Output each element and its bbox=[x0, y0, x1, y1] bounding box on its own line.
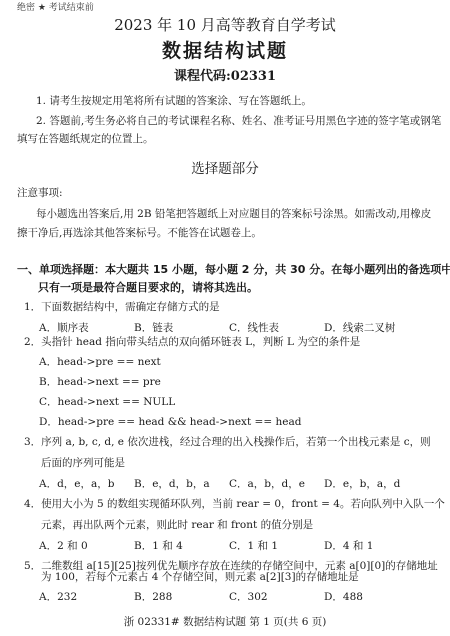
question-2-option-d: D．head->pre == head && head->next == hea… bbox=[39, 414, 301, 429]
exam-title: 2023 年 10 月高等教育自学考试 bbox=[0, 14, 450, 35]
page-footer: 浙 02331# 数据结构试题 第 1 页(共 6 页) bbox=[0, 614, 450, 629]
question-4-option-b: B．1 和 4 bbox=[134, 538, 183, 553]
question-4-stem: 4．使用大小为 5 的数组实现循环队列，当前 rear = 0，front = … bbox=[24, 496, 445, 511]
question-5-option-a: A．232 bbox=[39, 589, 77, 604]
question-1-option-b: B．链表 bbox=[134, 320, 173, 335]
question-5-option-d: D．488 bbox=[324, 589, 363, 604]
question-4-option-d: D．4 和 1 bbox=[324, 538, 373, 553]
course-code: 课程代码:02331 bbox=[0, 65, 450, 84]
question-1-stem: 1．下面数据结构中，需确定存储方式的是 bbox=[24, 299, 220, 314]
question-1-option-d: D．线索二叉树 bbox=[324, 320, 395, 335]
part-heading: 一、单项选择题：本大题共 15 小题，每小题 2 分，共 30 分。在每小题列出… bbox=[17, 261, 450, 277]
attention-text-2: 擦干净后,再选涂其他答案标号。不能答在试题卷上。 bbox=[17, 225, 262, 240]
instruction-2-cont: 填写在答题纸规定的位置上。 bbox=[17, 131, 154, 146]
question-2-option-a: A．head->pre == next bbox=[39, 354, 161, 369]
question-3-stem: 3．序列 a, b, c, d, e 依次进栈，经过合理的出入栈操作后，若第一个… bbox=[24, 434, 431, 449]
question-2-option-c: C．head->next == NULL bbox=[39, 394, 175, 409]
attention-text-1: 每小题选出答案后,用 2B 铅笔把答题纸上对应题目的答案标号涂黑。如需改动,用橡… bbox=[36, 206, 431, 221]
question-3-option-d: D．e，b，a，d bbox=[324, 476, 400, 491]
question-5-stem-cont: 为 100，若每个元素占 4 个存储空间，则元素 a[2][3]的存储地址是 bbox=[41, 569, 359, 584]
question-3-option-c: C．a，b，d，e bbox=[229, 476, 305, 491]
attention-title: 注意事项: bbox=[17, 185, 63, 200]
section-title: 选择题部分 bbox=[0, 157, 450, 177]
subject-title: 数据结构试题 bbox=[0, 36, 450, 63]
question-2-stem: 2．头指针 head 指向带头结点的双向循环链表 L，判断 L 为空的条件是 bbox=[24, 334, 360, 349]
part-heading-cont: 只有一项是最符合题目要求的，请将其选出。 bbox=[38, 279, 258, 295]
question-5-option-c: C．302 bbox=[229, 589, 268, 604]
question-2-option-b: B．head->next == pre bbox=[39, 374, 161, 389]
instruction-1: 1. 请考生按规定用笔将所有试题的答案涂、写在答题纸上。 bbox=[36, 93, 312, 108]
question-1-option-c: C．线性表 bbox=[229, 320, 279, 335]
question-3-option-a: A．d，e，a，b bbox=[39, 476, 115, 491]
question-3-stem-cont: 后面的序列可能是 bbox=[41, 455, 125, 470]
question-4-stem-cont: 元素，再出队两个元素，则此时 rear 和 front 的值分别是 bbox=[41, 517, 313, 532]
question-4-option-a: A．2 和 0 bbox=[39, 538, 88, 553]
question-5-option-b: B．288 bbox=[134, 589, 172, 604]
question-3-option-b: B．e，d，b，a bbox=[134, 476, 210, 491]
instruction-2: 2. 答题前,考生务必将自己的考试课程名称、姓名、准考证号用黑色字迹的签字笔或钢… bbox=[36, 113, 441, 128]
question-1-option-a: A．顺序表 bbox=[39, 320, 89, 335]
confidential-mark: 绝密 ★ 考试结束前 bbox=[17, 0, 94, 13]
question-4-option-c: C．1 和 1 bbox=[229, 538, 278, 553]
